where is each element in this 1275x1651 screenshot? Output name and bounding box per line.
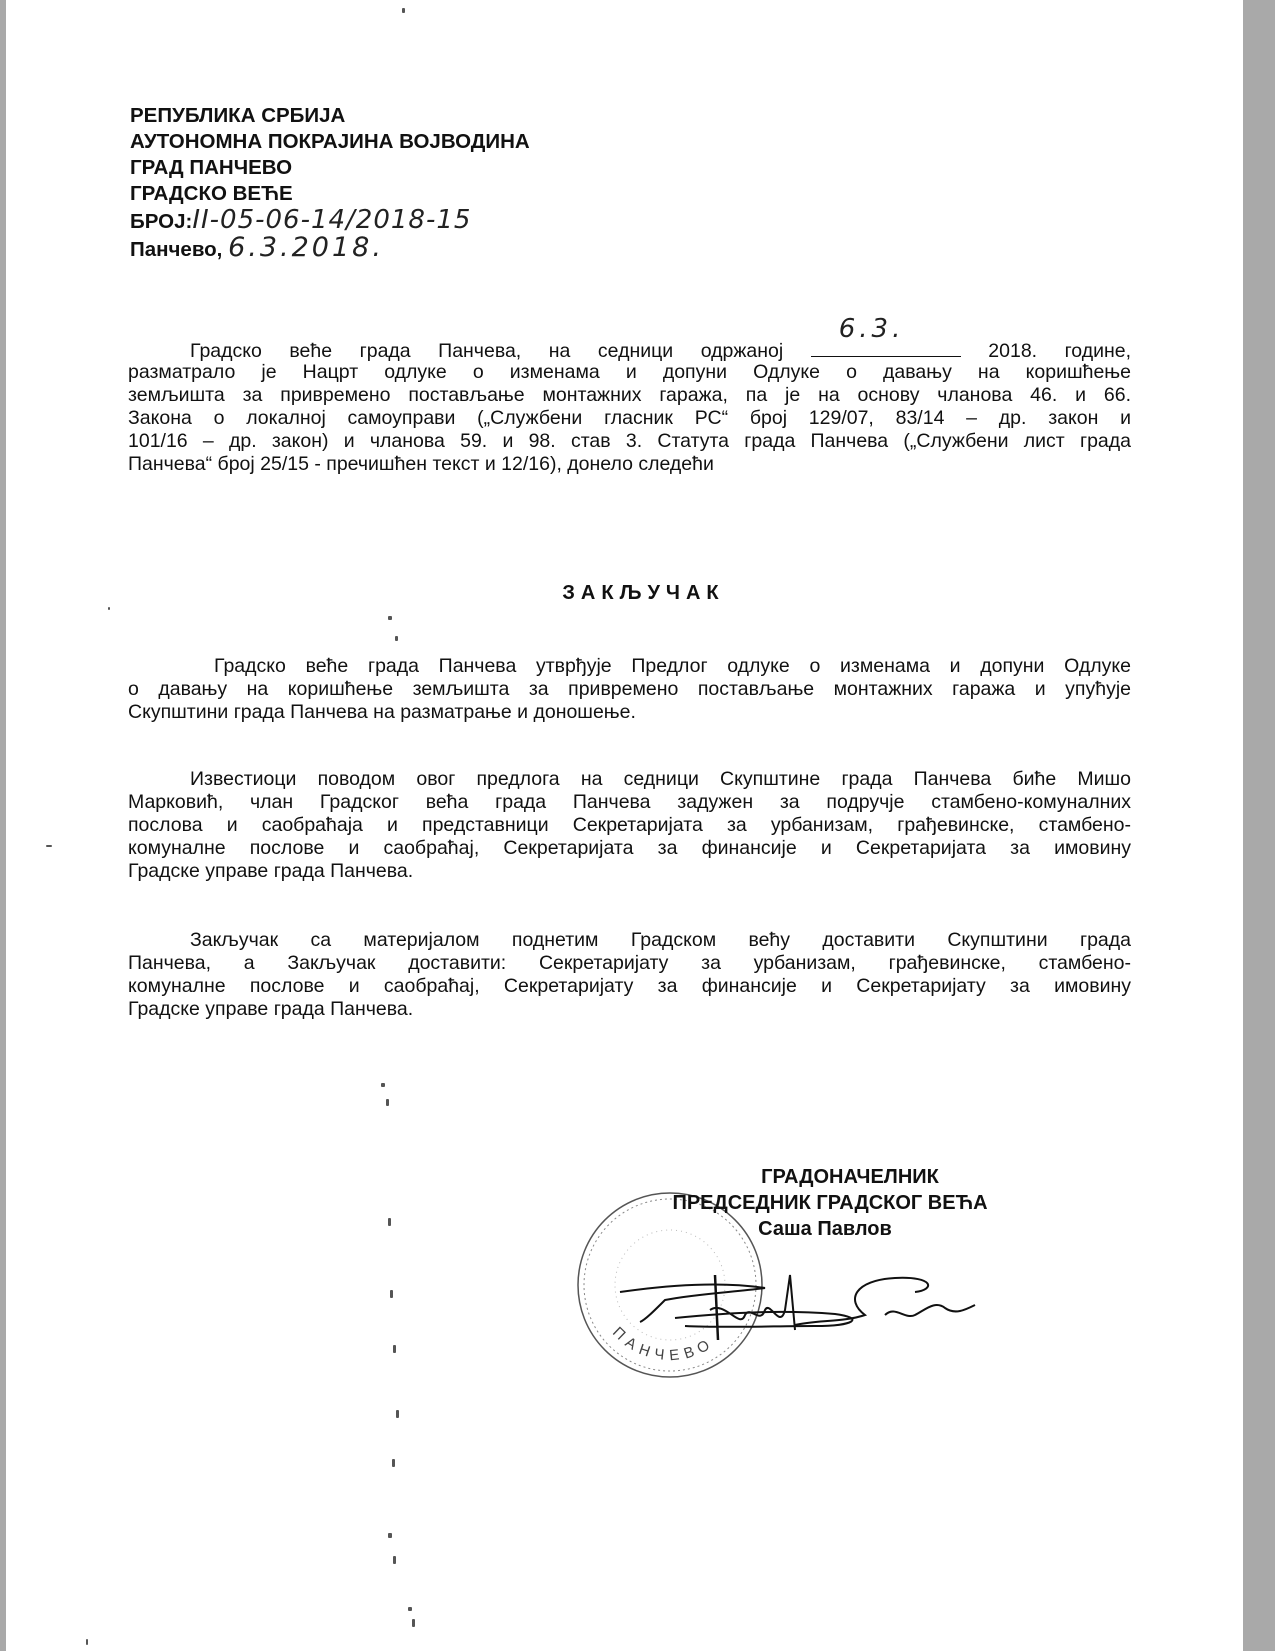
signatory-name: Саша Павлов: [640, 1216, 1020, 1242]
date-blank-field: 6.3.: [811, 338, 961, 357]
signature-block: ГРАДОНАЧЕЛНИК ПРЕДСЕДНИК ГРАДСКОГ ВЕЋА С…: [640, 1164, 1020, 1242]
line-text: комуналне послове и саобраћај, Секретари…: [128, 837, 1131, 859]
conclusion-paragraph-1: Градско веће града Панчева утврђује Пред…: [128, 655, 1131, 724]
line-text: Градске управе града Панчева.: [128, 998, 413, 1020]
header-place-date: Панчево, 6.3.2018.: [130, 235, 530, 263]
line-text: комуналне послове и саобраћај, Секретари…: [128, 975, 1131, 997]
handwritten-signature: [615, 1270, 985, 1350]
document-header: РЕПУБЛИКА СРБИЈА АУТОНОМНА ПОКРАЈИНА ВОЈ…: [130, 103, 530, 263]
line-text: Закључак са материјалом поднетим Градско…: [190, 929, 1131, 951]
signatory-title-mayor: ГРАДОНАЧЕЛНИК: [640, 1164, 1020, 1190]
p3-line: Панчева, а Закључак доставити: Секретари…: [128, 952, 1131, 975]
line-text: Известиоци поводом овог предлога на седн…: [190, 768, 1131, 790]
header-line-province: АУТОНОМНА ПОКРАЈИНА ВОЈВОДИНА: [130, 129, 530, 155]
intro-line-4: Закона о локалној самоуправи („Службени …: [128, 407, 1131, 430]
p2-line: послова и саобраћаја и представници Секр…: [128, 814, 1131, 837]
scan-edge-right: [1243, 0, 1275, 1651]
line-text: Марковић, члан Градског већа града Панче…: [128, 791, 1131, 813]
intro-line-6: Панчева“ број 25/15 - пречишћен текст и …: [128, 453, 1131, 476]
line-text: Панчева, а Закључак доставити: Секретари…: [128, 952, 1131, 974]
p1-line: о давању на коришћење земљишта за привре…: [128, 678, 1131, 701]
scan-edge-left: [0, 0, 6, 1651]
handwritten-session-date: 6.3.: [839, 318, 905, 341]
header-line-city: ГРАД ПАНЧЕВО: [130, 155, 530, 181]
intro-text-a: Градско веће града Панчева, на седници о…: [190, 340, 783, 362]
line-text: Градско веће града Панчева утврђује Пред…: [214, 655, 1131, 677]
p2-line: комуналне послове и саобраћај, Секретари…: [128, 837, 1131, 860]
p2-line: Марковић, члан Градског већа града Панче…: [128, 791, 1131, 814]
conclusion-paragraph-3: Закључак са материјалом поднетим Градско…: [128, 929, 1131, 1021]
p1-line: Скупштини града Панчева на разматрање и …: [128, 701, 1131, 724]
intro-line-2: разматрало је Нацрт одлуке о изменама и …: [128, 361, 1131, 384]
line-text: Градске управе града Панчева.: [128, 860, 413, 882]
signatory-title-president: ПРЕДСЕДНИК ГРАДСКОГ ВЕЋА: [640, 1190, 1020, 1216]
intro-line-3: земљишта за привремено постављање монтаж…: [128, 384, 1131, 407]
p1-line: Градско веће града Панчева утврђује Пред…: [128, 655, 1131, 678]
intro-text-b: 2018. године,: [988, 340, 1131, 362]
p3-line: комуналне послове и саобраћај, Секретари…: [128, 975, 1131, 998]
p3-line: Закључак са материјалом поднетим Градско…: [128, 929, 1131, 952]
header-number: БРОЈ:II-05-06-14/2018-15: [130, 207, 530, 235]
document-title: ЗАКЉУЧАК: [0, 582, 1275, 605]
intro-line-1: Градско веће града Панчева, на седници о…: [128, 338, 1131, 361]
intro-line-5: 101/16 – др. закон) и чланова 59. и 98. …: [128, 430, 1131, 453]
header-line-republic: РЕПУБЛИКА СРБИЈА: [130, 103, 530, 129]
place-label: Панчево,: [130, 238, 222, 261]
p2-line: Градске управе града Панчева.: [128, 860, 1131, 883]
line-text: послова и саобраћаја и представници Секр…: [128, 814, 1131, 836]
line-text: Скупштини града Панчева на разматрање и …: [128, 701, 636, 723]
handwritten-date: 6.3.2018.: [228, 232, 384, 263]
line-text: о давању на коришћење земљишта за привре…: [128, 678, 1131, 700]
number-label: БРОЈ:: [130, 210, 192, 233]
header-line-council: ГРАДСКО ВЕЋЕ: [130, 181, 530, 207]
conclusion-paragraph-2: Известиоци поводом овог предлога на седн…: [128, 768, 1131, 883]
p3-line: Градске управе града Панчева.: [128, 998, 1131, 1021]
handwritten-number: II-05-06-14/2018-15: [192, 205, 471, 235]
p2-line: Известиоци поводом овог предлога на седн…: [128, 768, 1131, 791]
intro-paragraph: Градско веће града Панчева, на седници о…: [128, 338, 1131, 476]
